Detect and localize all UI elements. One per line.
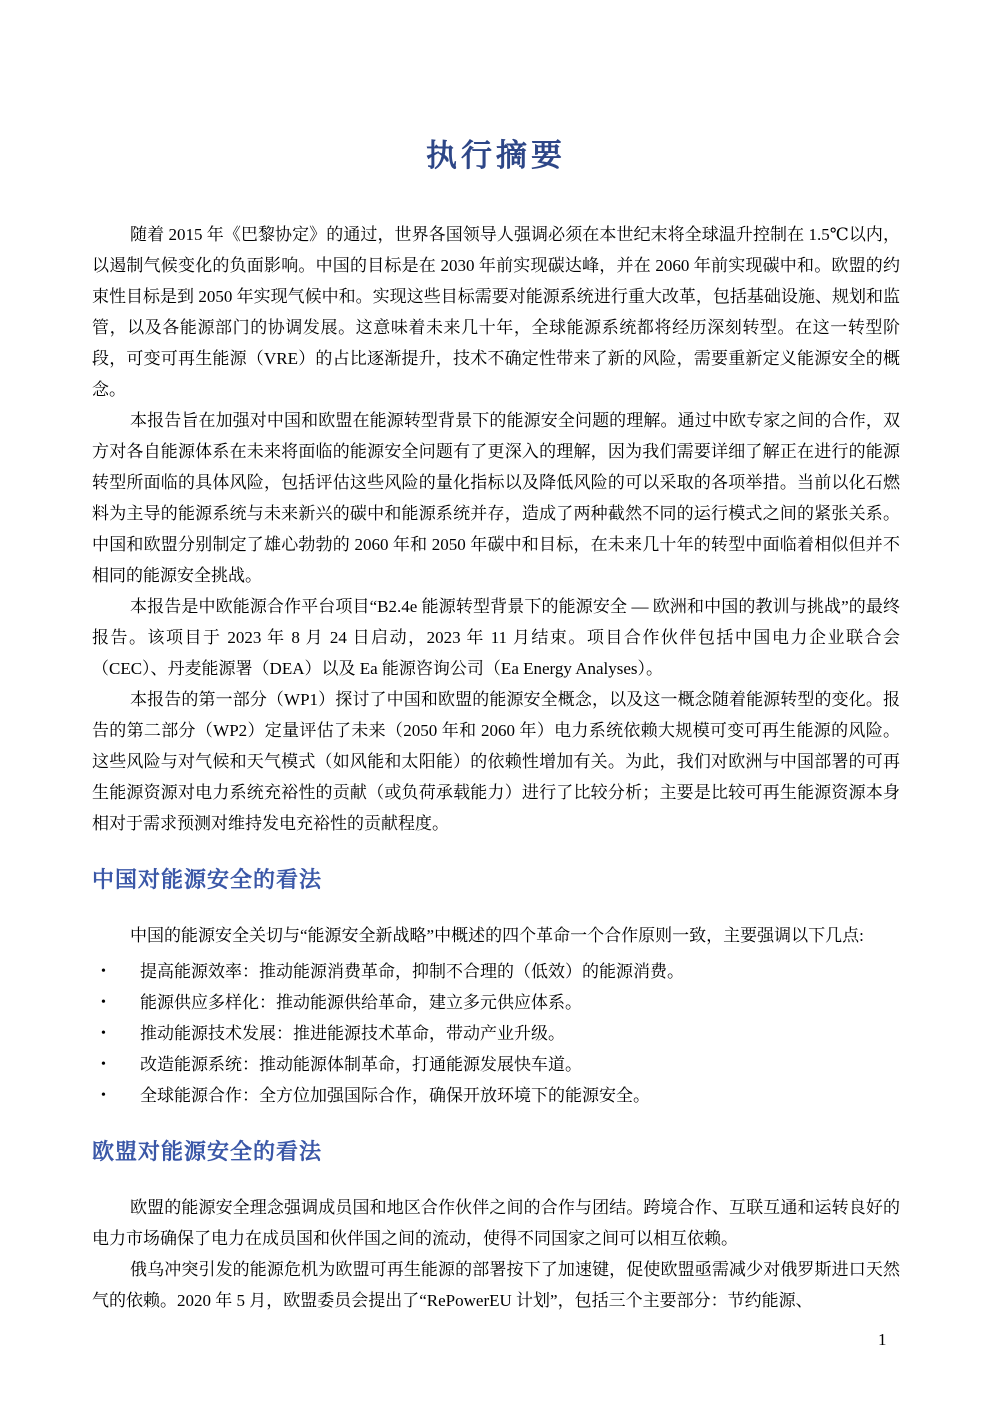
list-item: • 能源供应多样化：推动能源供给革命，建立多元供应体系。 bbox=[92, 987, 900, 1018]
intro-paragraph-4: 本报告的第一部分（WP1）探讨了中国和欧盟的能源安全概念，以及这一概念随着能源转… bbox=[92, 684, 900, 839]
list-item: • 提高能源效率：推动能源消费革命，抑制不合理的（低效）的能源消费。 bbox=[92, 956, 900, 987]
bullet-marker: • bbox=[101, 1049, 106, 1080]
intro-paragraph-1: 随着 2015 年《巴黎协定》的通过，世界各国领导人强调必须在本世纪末将全球温升… bbox=[92, 219, 900, 405]
list-item: • 全球能源合作：全方位加强国际合作，确保开放环境下的能源安全。 bbox=[92, 1080, 900, 1111]
document-page: 执行摘要 随着 2015 年《巴黎协定》的通过，世界各国领导人强调必须在本世纪末… bbox=[0, 0, 992, 1403]
bullet-marker: • bbox=[101, 1080, 106, 1111]
list-item: • 改造能源系统：推动能源体制革命，打通能源发展快车道。 bbox=[92, 1049, 900, 1080]
list-item-text: 改造能源系统：推动能源体制革命，打通能源发展快车道。 bbox=[140, 1055, 582, 1074]
page-number: 1 bbox=[878, 1328, 887, 1352]
page-title: 执行摘要 bbox=[0, 134, 992, 178]
intro-paragraph-2: 本报告旨在加强对中国和欧盟在能源转型背景下的能源安全问题的理解。通过中欧专家之间… bbox=[92, 405, 900, 591]
list-item-text: 全球能源合作：全方位加强国际合作，确保开放环境下的能源安全。 bbox=[140, 1086, 650, 1105]
list-item-text: 推动能源技术发展：推进能源技术革命，带动产业升级。 bbox=[140, 1024, 565, 1043]
china-principles-list: • 提高能源效率：推动能源消费革命，抑制不合理的（低效）的能源消费。 • 能源供… bbox=[92, 956, 900, 1111]
eu-paragraph-1: 欧盟的能源安全理念强调成员国和地区合作伙伴之间的合作与团结。跨境合作、互联互通和… bbox=[92, 1192, 900, 1254]
section-heading-eu: 欧盟对能源安全的看法 bbox=[92, 1137, 900, 1167]
bullet-marker: • bbox=[101, 956, 106, 987]
intro-paragraph-3: 本报告是中欧能源合作平台项目“B2.4e 能源转型背景下的能源安全 — 欧洲和中… bbox=[92, 591, 900, 684]
china-lead-paragraph: 中国的能源安全关切与“能源安全新战略”中概述的四个革命一个合作原则一致，主要强调… bbox=[92, 920, 900, 951]
list-item-text: 能源供应多样化：推动能源供给革命，建立多元供应体系。 bbox=[140, 993, 582, 1012]
list-item: • 推动能源技术发展：推进能源技术革命，带动产业升级。 bbox=[92, 1018, 900, 1049]
section-heading-china: 中国对能源安全的看法 bbox=[92, 865, 900, 895]
bullet-marker: • bbox=[101, 1018, 106, 1049]
bullet-marker: • bbox=[101, 987, 106, 1018]
list-item-text: 提高能源效率：推动能源消费革命，抑制不合理的（低效）的能源消费。 bbox=[140, 962, 684, 981]
document-body: 随着 2015 年《巴黎协定》的通过，世界各国领导人强调必须在本世纪末将全球温升… bbox=[92, 219, 900, 1316]
eu-paragraph-2: 俄乌冲突引发的能源危机为欧盟可再生能源的部署按下了加速键，促使欧盟亟需减少对俄罗… bbox=[92, 1254, 900, 1316]
